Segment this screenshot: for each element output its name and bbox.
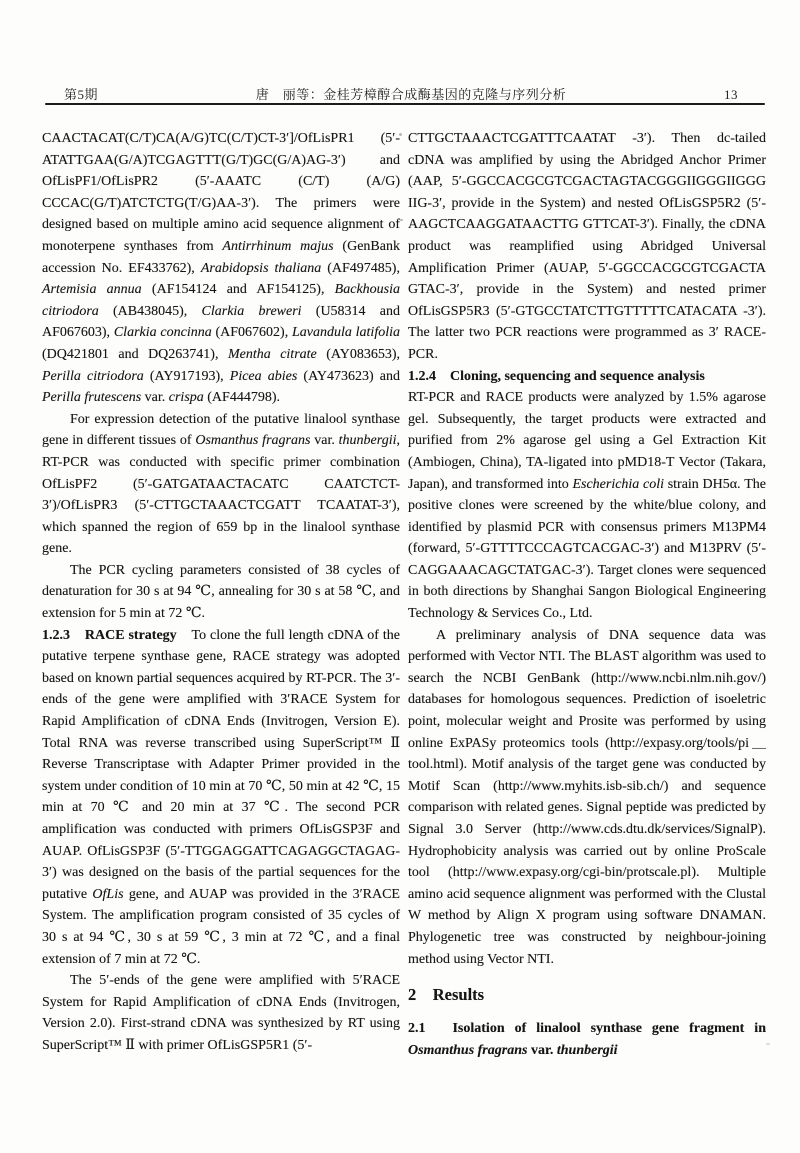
text-segment: Antirrhinum majus	[222, 239, 333, 254]
heading-isolation: 2.1 Isolation of linalool synthase gene …	[408, 1018, 766, 1061]
text-segment: var.	[310, 433, 338, 448]
text-segment: To clone the full length cDNA of the put…	[42, 628, 400, 902]
article-body: CAACTACAT(C/T)CA(A/G)TC(C/T)CT-3′]/OfLis…	[42, 128, 766, 1061]
paragraph-primers-continued: CAACTACAT(C/T)CA(A/G)TC(C/T)CT-3′]/OfLis…	[42, 128, 400, 409]
header-divider-rule	[45, 103, 765, 105]
heading-results: 2 Results	[408, 984, 766, 1006]
paragraph-sequence-analysis: A preliminary analysis of DNA sequence d…	[408, 625, 766, 971]
text-segment: Mentha citrate	[228, 347, 317, 362]
text-segment: Escherichia coli	[572, 477, 664, 492]
scanned-paper-page: 第5期 唐 丽等：金桂芳樟醇合成酶基因的克隆与序列分析 13 CAACTACAT…	[0, 0, 800, 1153]
heading-cloning-sequencing: 1.2.4 Cloning, sequencing and sequence a…	[408, 366, 766, 388]
text-segment: 1.2.3 RACE strategy	[42, 628, 177, 643]
text-segment: Lavandula latifolia	[292, 325, 400, 340]
text-segment: Perilla frutescens	[42, 390, 141, 405]
text-segment: (AF067602),	[212, 325, 292, 340]
text-segment: var.	[141, 390, 169, 405]
header-page-number: 13	[724, 87, 738, 103]
text-segment: Clarkia breweri	[202, 304, 302, 319]
text-segment: , RT-PCR was conducted with specific pri…	[42, 433, 400, 556]
text-segment: (AF154124 and AF154125),	[142, 282, 335, 297]
paragraph-expression-detection: For expression detection of the putative…	[42, 409, 400, 560]
right-column: CTTGCTAAACTCGATTTCAATAT -3′). Then dc-ta…	[408, 128, 766, 1061]
text-segment: (DQ421801 and DQ263741),	[42, 347, 228, 362]
text-segment: Perilla citriodora	[42, 369, 144, 384]
header-issue-label: 第5期	[64, 84, 98, 103]
text-segment: Artemisia annua	[42, 282, 142, 297]
text-segment: thunbergii	[557, 1043, 618, 1058]
scan-speck	[766, 1043, 770, 1045]
text-segment: (AY917193),	[144, 369, 230, 384]
text-segment: (AY473623) and	[297, 369, 400, 384]
header-running-title: 唐 丽等：金桂芳樟醇合成酶基因的克隆与序列分析	[98, 84, 724, 103]
text-segment: The PCR cycling parameters consisted of …	[42, 563, 400, 621]
text-segment: 2 Results	[408, 985, 484, 1004]
paragraph-five-prime-ends: The 5′-ends of the gene were amplified w…	[42, 970, 400, 1056]
scan-speck	[399, 133, 402, 136]
text-segment: A preliminary analysis of DNA sequence d…	[408, 628, 766, 967]
text-segment: CAACTACAT(C/T)CA(A/G)TC(C/T)CT-3′]/OfLis…	[42, 131, 400, 254]
paragraph-race-strategy: 1.2.3 RACE strategy To clone the full le…	[42, 625, 400, 971]
scan-speck	[400, 219, 403, 221]
text-segment: (AF497485),	[321, 261, 400, 276]
text-segment: thunbergii	[339, 433, 397, 448]
paragraph-cloning-body: RT-PCR and RACE products were analyzed b…	[408, 387, 766, 625]
text-segment: (AB438045),	[99, 304, 202, 319]
text-segment: 2.1 Isolation of linalool synthase gene …	[408, 1021, 766, 1036]
text-segment: Picea abies	[230, 369, 298, 384]
paragraph-pcr-cycling: The PCR cycling parameters consisted of …	[42, 560, 400, 625]
left-column: CAACTACAT(C/T)CA(A/G)TC(C/T)CT-3′]/OfLis…	[42, 128, 400, 1061]
text-segment: 1.2.4 Cloning, sequencing and sequence a…	[408, 369, 705, 384]
text-segment: (AF444798).	[204, 390, 280, 405]
text-segment: OfLis	[92, 887, 123, 902]
text-segment: crispa	[169, 390, 204, 405]
text-segment: Arabidopsis thaliana	[201, 261, 321, 276]
text-segment: The 5′-ends of the gene were amplified w…	[42, 973, 400, 1053]
page-header: 第5期 唐 丽等：金桂芳樟醇合成酶基因的克隆与序列分析 13	[64, 84, 738, 103]
paragraph-race-continued: CTTGCTAAACTCGATTTCAATAT -3′). Then dc-ta…	[408, 128, 766, 366]
text-segment: strain DH5α. The positive clones were sc…	[408, 477, 766, 622]
text-segment: Osmanthus fragrans	[408, 1043, 527, 1058]
text-segment: CTTGCTAAACTCGATTTCAATAT -3′). Then dc-ta…	[408, 131, 766, 362]
text-segment: Osmanthus fragrans	[195, 433, 310, 448]
text-segment: (AY083653),	[317, 347, 400, 362]
text-segment: var.	[527, 1043, 556, 1058]
text-segment: Clarkia concinna	[114, 325, 212, 340]
